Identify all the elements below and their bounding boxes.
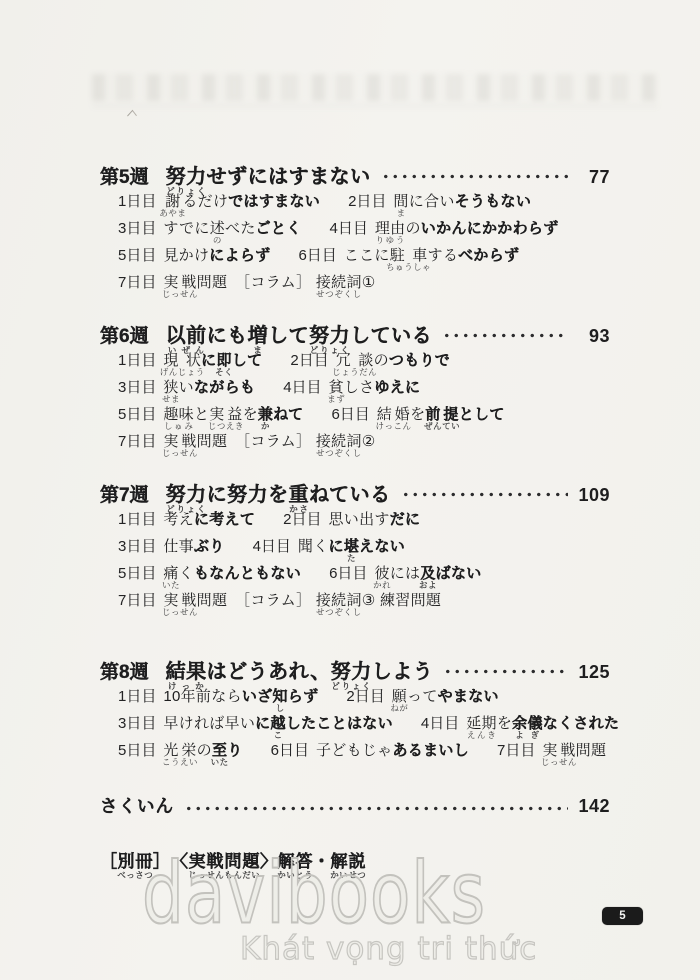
text-run: に考えて	[194, 511, 255, 528]
text-run: く	[179, 565, 194, 582]
text-run: 問題 ［コラム］	[197, 274, 316, 291]
day-label: 1日目	[118, 352, 156, 369]
text-run: ねている	[309, 484, 391, 506]
text-run-ruby: 堪た	[344, 538, 359, 555]
day-text: 仕事ぶり	[163, 538, 224, 555]
text-run: いざ	[242, 688, 273, 705]
furigana: およ	[419, 580, 437, 590]
text-run-ruby: 前提ぜんてい	[425, 406, 458, 423]
dot-leader	[442, 333, 568, 338]
day-text: 実戦じっせん問題 ［コラム］ 接続詞せつぞくし②	[163, 433, 375, 450]
day-text: 実戦じっせん問題	[542, 742, 606, 759]
day-text: 痛いたくもなんともない	[163, 565, 301, 582]
reverse-page-bleedthrough	[92, 74, 658, 101]
text-run: べからず	[458, 247, 519, 264]
week-label: 第5週	[100, 162, 149, 189]
furigana: た	[344, 553, 359, 563]
text-run: には	[390, 565, 421, 582]
page-number-badge-text: 5	[619, 910, 625, 922]
text-run-ruby: 越こ	[270, 715, 285, 732]
text-run: だに	[390, 511, 421, 528]
text-run-ruby: 至いた	[212, 742, 227, 759]
text-run: えない	[359, 538, 405, 555]
day-row: 7日目実戦じっせん問題 ［コラム］ 接続詞せつぞくし③ 練習問題	[118, 592, 610, 619]
day-item: 1日目考えに考えて	[118, 511, 255, 528]
text-run-ruby: 趣味しゅみ	[163, 406, 194, 423]
text-run: ではすまない	[228, 193, 320, 210]
week-label: 第6週	[100, 321, 149, 348]
text-run-ruby: 以前いぜん	[166, 325, 207, 347]
text-run: によらず	[209, 247, 270, 264]
day-item: 3日目すでに述のべたごとく	[118, 220, 302, 245]
day-label: 4日目	[330, 220, 368, 237]
toc-heading: 第5週努力どりょくせずにはすまない77	[100, 160, 610, 193]
day-item: 7日目実戦じっせん問題 ［コラム］ 接続詞せつぞくし③ 練習問題	[118, 592, 441, 617]
text-run: ［	[100, 852, 118, 871]
day-text: 謝あやまるだけではすまない	[163, 193, 320, 210]
dot-leader	[184, 806, 568, 811]
furigana: ま	[393, 208, 408, 218]
furigana: し	[272, 703, 287, 713]
furigana: せつぞくし	[316, 289, 362, 299]
text-run: ばない	[436, 565, 482, 582]
day-item: 2日目間まに合いそうもない	[348, 193, 531, 218]
text-run-ruby: 努力どりょく	[166, 166, 207, 188]
text-run-ruby: 兼か	[258, 406, 273, 423]
day-item: 6日目彼かれには及およばない	[329, 565, 482, 590]
text-run: もなんともない	[194, 565, 301, 582]
day-row: 1日目謝あやまるだけではすまない2日目間まに合いそうもない	[118, 193, 610, 220]
day-item: 1日目謝あやまるだけではすまない	[118, 193, 320, 218]
text-run: 問題 ［コラム］	[197, 433, 316, 450]
day-text: すでに述のべたごとく	[163, 220, 301, 237]
text-run-ruby: 接続詞せつぞくし	[316, 433, 362, 450]
day-item: 6日目子どもじゃあるまいし	[271, 742, 469, 759]
day-text: 貧まずしさゆえに	[329, 379, 421, 396]
day-text: 聞くに堪たえない	[298, 538, 405, 555]
toc-section: 第7週努力どりょくに努力を重かさねている1091日目考えに考えて2日目思い出すだ…	[100, 478, 610, 619]
day-item: 3日目狭せまいながらも	[118, 379, 255, 404]
day-text: 実戦じっせん問題 ［コラム］ 接続詞せつぞくし①	[163, 274, 375, 291]
day-label: 4日目	[421, 715, 459, 732]
day-text: 願ねがってやまない	[392, 688, 499, 705]
day-label: 6日目	[271, 742, 309, 759]
text-run: るだけ	[182, 193, 228, 210]
text-run: 思い出す	[329, 511, 390, 528]
day-text: 結婚けっこんを前提ぜんていとして	[377, 406, 505, 423]
page-number-badge: 5	[602, 907, 643, 925]
day-item: 2日目冗談じょうだんのつもりで	[290, 352, 450, 377]
furigana: かれ	[373, 580, 391, 590]
text-run: り	[227, 742, 242, 759]
text-run: している	[350, 325, 432, 347]
day-item: 3日目早ければ早いに越こしたことはない	[118, 715, 393, 740]
text-run: 考え	[163, 511, 194, 528]
text-run-ruby: 現状げんじょう	[163, 352, 201, 369]
day-item: 1日目10年前ならいざ知しらず	[118, 688, 318, 713]
day-row: 3日目仕事ぶり4日目聞くに堪たえない	[118, 538, 610, 565]
text-run: 聞く	[298, 538, 329, 555]
text-run-ruby: 貧まず	[329, 379, 344, 396]
text-run-ruby: 実戦じっせん	[163, 274, 196, 291]
text-run-ruby: 即そく	[216, 352, 231, 369]
text-run-ruby: 重かさ	[289, 484, 310, 506]
text-run: する	[428, 247, 459, 264]
page-number: 109	[576, 485, 610, 506]
text-run-ruby: 努力どりょく	[331, 661, 372, 683]
day-label: 2日目	[283, 511, 321, 528]
toc-sections: 第5週努力どりょくせずにはすまない771日目謝あやまるだけではすまない2日目間ま…	[100, 160, 610, 769]
text-run: ①	[362, 274, 376, 291]
furigana: じっせん	[162, 607, 198, 617]
day-row: 1日目現状げんじょうに即そくして2日目冗談じょうだんのつもりで	[118, 352, 610, 379]
day-label: 1日目	[118, 688, 156, 705]
day-row: 3日目早ければ早いに越こしたことはない4日目延期えんきを余儀よぎなくされた	[118, 715, 610, 742]
text-run: い	[179, 379, 194, 396]
day-text: 実戦じっせん問題 ［コラム］ 接続詞せつぞくし③ 練習問題	[163, 592, 441, 609]
text-run-ruby: 願ねが	[392, 688, 407, 705]
furigana: げんじょう	[160, 367, 205, 377]
furigana: ねが	[390, 703, 408, 713]
text-run: に努力を	[207, 484, 289, 506]
day-text: ここに駐車ちゅうしゃするべからず	[344, 247, 520, 264]
page-number: 93	[576, 326, 610, 347]
day-row: 5日目光栄こうえいの至いたり6日目子どもじゃあるまいし7日目実戦じっせん問題	[118, 742, 610, 769]
furigana: いた	[162, 580, 180, 590]
day-text: 光栄こうえいの至いたり	[163, 742, 242, 759]
day-row: 1日目考えに考えて2日目思い出すだに	[118, 511, 610, 538]
day-text: 思い出すだに	[329, 511, 421, 528]
day-text: 狭せまいながらも	[163, 379, 255, 396]
toc-section: 第8週結果けっかはどうあれ、努力どりょくしよう1251日目10年前ならいざ知しら…	[100, 655, 610, 769]
day-item: 2日目思い出すだに	[283, 511, 420, 528]
text-run: ごとく	[256, 220, 302, 237]
day-label: 2日目	[346, 688, 384, 705]
day-label: 1日目	[118, 511, 156, 528]
text-run: なくされた	[543, 715, 620, 732]
furigana: ぜんてい	[424, 421, 460, 431]
day-label: 7日目	[118, 274, 156, 291]
text-run: せずにはすまない	[207, 166, 371, 188]
day-label: 5日目	[118, 565, 156, 582]
furigana: ちゅうしゃ	[386, 262, 431, 272]
text-run-ruby: 実戦じっせん	[163, 433, 196, 450]
day-item: 3日目仕事ぶり	[118, 538, 225, 555]
table-of-contents: 第5週努力どりょくせずにはすまない771日目謝あやまるだけではすまない2日目間ま…	[100, 160, 610, 880]
furigana: じっせん	[541, 757, 577, 767]
text-run: 早ければ早い	[163, 715, 255, 732]
day-row: 5日目趣味しゅみと実益じつえきを兼かねて6日目結婚けっこんを前提ぜんていとして	[118, 406, 610, 433]
text-run-ruby: 努力どりょく	[309, 325, 350, 347]
furigana: けっこん	[375, 421, 411, 431]
text-run: 子どもじゃ	[316, 742, 393, 759]
day-item: 4日目聞くに堪たえない	[253, 538, 405, 563]
furigana: せつぞくし	[316, 607, 362, 617]
day-label: 7日目	[118, 433, 156, 450]
furigana: じっせん	[162, 289, 198, 299]
day-row: 3日目狭せまいながらも4日目貧まずしさゆえに	[118, 379, 610, 406]
text-run: いかんにかかわらず	[421, 220, 559, 237]
day-text: 10年前ならいざ知しらず	[163, 688, 318, 705]
day-item: 5日目趣味しゅみと実益じつえきを兼かねて	[118, 406, 303, 431]
furigana: よぎ	[512, 730, 543, 740]
day-label: 4日目	[283, 379, 321, 396]
day-label: 6日目	[331, 406, 369, 423]
day-label: 7日目	[118, 592, 156, 609]
day-text: 趣味しゅみと実益じつえきを兼かねて	[163, 406, 303, 423]
text-run-ruby: 結果けっか	[166, 661, 207, 683]
day-text: 間まに合いそうもない	[393, 193, 531, 210]
day-text: 見かけによらず	[163, 247, 270, 264]
furigana: か	[258, 421, 273, 431]
text-run: して	[232, 352, 263, 369]
text-run: ながらも	[194, 379, 255, 396]
day-text: 冗談じょうだんのつもりで	[336, 352, 450, 369]
furigana: そく	[215, 367, 233, 377]
text-run: しさ	[344, 379, 375, 396]
furigana: あやま	[159, 208, 186, 218]
toc-heading: 第8週結果けっかはどうあれ、努力どりょくしよう125	[100, 655, 610, 688]
day-text: 早ければ早いに越こしたことはない	[163, 715, 393, 732]
page-number: 125	[576, 662, 610, 683]
furigana: りゆう	[375, 235, 406, 245]
day-label: 3日目	[118, 220, 156, 237]
text-run-ruby: 謝あやま	[163, 193, 182, 210]
text-run: 練習問題	[376, 592, 442, 609]
day-item: 5日目痛いたくもなんともない	[118, 565, 301, 590]
watermark-brand: davibooks	[142, 852, 486, 936]
text-run-ruby: 間ま	[393, 193, 408, 210]
text-run: を	[497, 715, 512, 732]
day-row: 7日目実戦じっせん問題 ［コラム］ 接続詞せつぞくし①	[118, 274, 610, 301]
day-item: 5日目見かけによらず	[118, 247, 270, 264]
text-run-ruby: 努力どりょく	[166, 484, 207, 506]
text-run: 仕事	[163, 538, 194, 555]
day-label: 2日目	[348, 193, 386, 210]
toc-section: 第6週以前いぜんにも増まして努力どりょくしている931日目現状げんじょうに即そく…	[100, 319, 610, 460]
day-row: 5日目痛いたくもなんともない6日目彼かれには及およばない	[118, 565, 610, 592]
day-text: 延期えんきを余儀よぎなくされた	[466, 715, 619, 732]
day-text: 理由りゆうのいかんにかかわらず	[375, 220, 559, 237]
text-run-ruby: 冗談じょうだん	[336, 352, 374, 369]
text-run: つもりで	[389, 352, 450, 369]
text-run-ruby: 痛いた	[163, 565, 178, 582]
furigana: の	[210, 235, 225, 245]
section-title: 努力どりょくに努力を重かさねている	[166, 478, 391, 514]
page-number: 77	[576, 167, 610, 188]
text-run-ruby: 増ま	[248, 325, 269, 347]
text-run: を	[243, 406, 258, 423]
text-run: はどうあれ、	[207, 661, 331, 683]
day-row: 5日目見かけによらず6日目ここに駐車ちゅうしゃするべからず	[118, 247, 610, 274]
index-page-number: 142	[576, 796, 610, 817]
day-label: 3日目	[118, 538, 156, 555]
day-text: 彼かれには及およばない	[374, 565, 481, 582]
toc-heading: 第6週以前いぜんにも増まして努力どりょくしている93	[100, 319, 610, 352]
day-row: 1日目10年前ならいざ知しらず2日目願ねがってやまない	[118, 688, 610, 715]
day-label: 5日目	[118, 406, 156, 423]
text-run: らず	[288, 688, 319, 705]
day-text: 子どもじゃあるまいし	[316, 742, 469, 759]
text-run-ruby: 理由りゆう	[375, 220, 406, 237]
furigana: じつえき	[208, 421, 244, 431]
day-row: 7日目実戦じっせん問題 ［コラム］ 接続詞せつぞくし②	[118, 433, 610, 460]
text-run-ruby: 結婚けっこん	[377, 406, 410, 423]
day-item: 2日目願ねがってやまない	[346, 688, 498, 713]
text-run-ruby: 知し	[272, 688, 287, 705]
day-item: 7日目実戦じっせん問題 ［コラム］ 接続詞せつぞくし①	[118, 274, 376, 299]
day-label: 5日目	[118, 742, 156, 759]
section-title: 結果けっかはどうあれ、努力どりょくしよう	[166, 655, 434, 691]
text-run: として	[459, 406, 505, 423]
text-run: したことはない	[286, 715, 393, 732]
day-item: 7日目実戦じっせん問題	[497, 742, 606, 767]
toc-heading: 第7週努力どりょくに努力を重かさねている109	[100, 478, 610, 511]
index-entry: さくいん 142	[100, 793, 610, 823]
text-run-ruby: 実戦じっせん	[163, 592, 196, 609]
text-run: に合い	[409, 193, 455, 210]
text-run: して	[268, 325, 309, 347]
day-label: 1日目	[118, 193, 156, 210]
text-run-ruby: 延期えんき	[466, 715, 497, 732]
furigana: いた	[211, 757, 229, 767]
text-run-ruby: 接続詞せつぞくし	[316, 274, 362, 291]
text-run: 問題 ［コラム］	[197, 592, 316, 609]
day-label: 4日目	[253, 538, 291, 555]
furigana: えんき	[466, 730, 497, 740]
text-run: そうもない	[455, 193, 532, 210]
day-item: 5日目光栄こうえいの至いたり	[118, 742, 243, 767]
day-label: 3日目	[118, 715, 156, 732]
text-run: の	[405, 220, 420, 237]
day-item: 1日目現状げんじょうに即そくして	[118, 352, 262, 377]
week-label: 第7週	[100, 480, 149, 507]
section-title: 努力どりょくせずにはすまない	[166, 160, 371, 196]
toc-section: 第5週努力どりょくせずにはすまない771日目謝あやまるだけではすまない2日目間ま…	[100, 160, 610, 301]
section-title: 以前いぜんにも増まして努力どりょくしている	[166, 319, 433, 355]
text-run: 10年前なら	[163, 688, 242, 705]
dot-leader	[381, 174, 568, 179]
furigana: まず	[327, 394, 345, 404]
text-run: 見かけ	[163, 247, 209, 264]
day-text: 現状げんじょうに即そくして	[163, 352, 262, 369]
day-label: 3日目	[118, 379, 156, 396]
furigana: せつぞくし	[316, 448, 362, 458]
text-run-ruby: 述の	[210, 220, 225, 237]
day-item: 4日目貧まずしさゆえに	[283, 379, 420, 404]
day-row: 3日目すでに述のべたごとく4日目理由りゆうのいかんにかかわらず	[118, 220, 610, 247]
day-item: 7日目実戦じっせん問題 ［コラム］ 接続詞せつぞくし②	[118, 433, 376, 458]
furigana: じょうだん	[332, 367, 377, 377]
furigana: こうえい	[162, 757, 198, 767]
text-run: しよう	[372, 661, 434, 683]
text-run: って	[407, 688, 438, 705]
watermark-tagline: Khát vọng tri thức	[240, 934, 537, 965]
text-run-ruby: 余儀よぎ	[512, 715, 543, 732]
furigana: せま	[162, 394, 180, 404]
dot-leader	[443, 669, 568, 674]
text-run: すでに	[163, 220, 209, 237]
text-run-ruby: 実戦じっせん	[542, 742, 575, 759]
text-run: にも	[207, 325, 248, 347]
day-item: 4日目延期えんきを余儀よぎなくされた	[421, 715, 619, 740]
dot-leader	[401, 492, 568, 497]
text-run: やまない	[438, 688, 499, 705]
day-label: 6日目	[298, 247, 336, 264]
day-label: 5日目	[118, 247, 156, 264]
day-item: 6日目ここに駐車ちゅうしゃするべからず	[298, 247, 519, 272]
text-run: ゆえに	[374, 379, 420, 396]
text-run: ねて	[273, 406, 303, 423]
stray-pen-mark	[127, 110, 137, 122]
text-run: ここに	[344, 247, 390, 264]
day-label: 7日目	[497, 742, 535, 759]
day-text: 考えに考えて	[163, 511, 255, 528]
text-run: に	[329, 538, 344, 555]
furigana: こ	[270, 730, 285, 740]
text-run-ruby: 光栄こうえい	[163, 742, 196, 759]
text-run-ruby: 彼かれ	[374, 565, 389, 582]
furigana: しゅみ	[163, 421, 194, 431]
text-run-ruby: 接続詞せつぞくし	[316, 592, 362, 609]
text-run-ruby: 及およ	[420, 565, 435, 582]
furigana: じっせん	[162, 448, 198, 458]
text-run: ③	[362, 592, 376, 609]
day-item: 6日目結婚けっこんを前提ぜんていとして	[331, 406, 504, 431]
text-run-ruby: 狭せま	[163, 379, 178, 396]
day-label: 2日目	[290, 352, 328, 369]
text-run: べた	[225, 220, 256, 237]
week-label: 第8週	[100, 657, 149, 684]
day-item: 4日目理由りゆうのいかんにかかわらず	[330, 220, 559, 245]
text-run: ②	[362, 433, 376, 450]
day-label: 6日目	[329, 565, 367, 582]
text-run-ruby: 駐車ちゅうしゃ	[390, 247, 428, 264]
text-run-ruby: 実益じつえき	[209, 406, 242, 423]
index-label: さくいん	[100, 793, 174, 818]
text-run: ぶり	[194, 538, 225, 555]
text-run: に	[255, 715, 270, 732]
text-run: あるまいし	[392, 742, 469, 759]
text-run: 問題	[576, 742, 607, 759]
